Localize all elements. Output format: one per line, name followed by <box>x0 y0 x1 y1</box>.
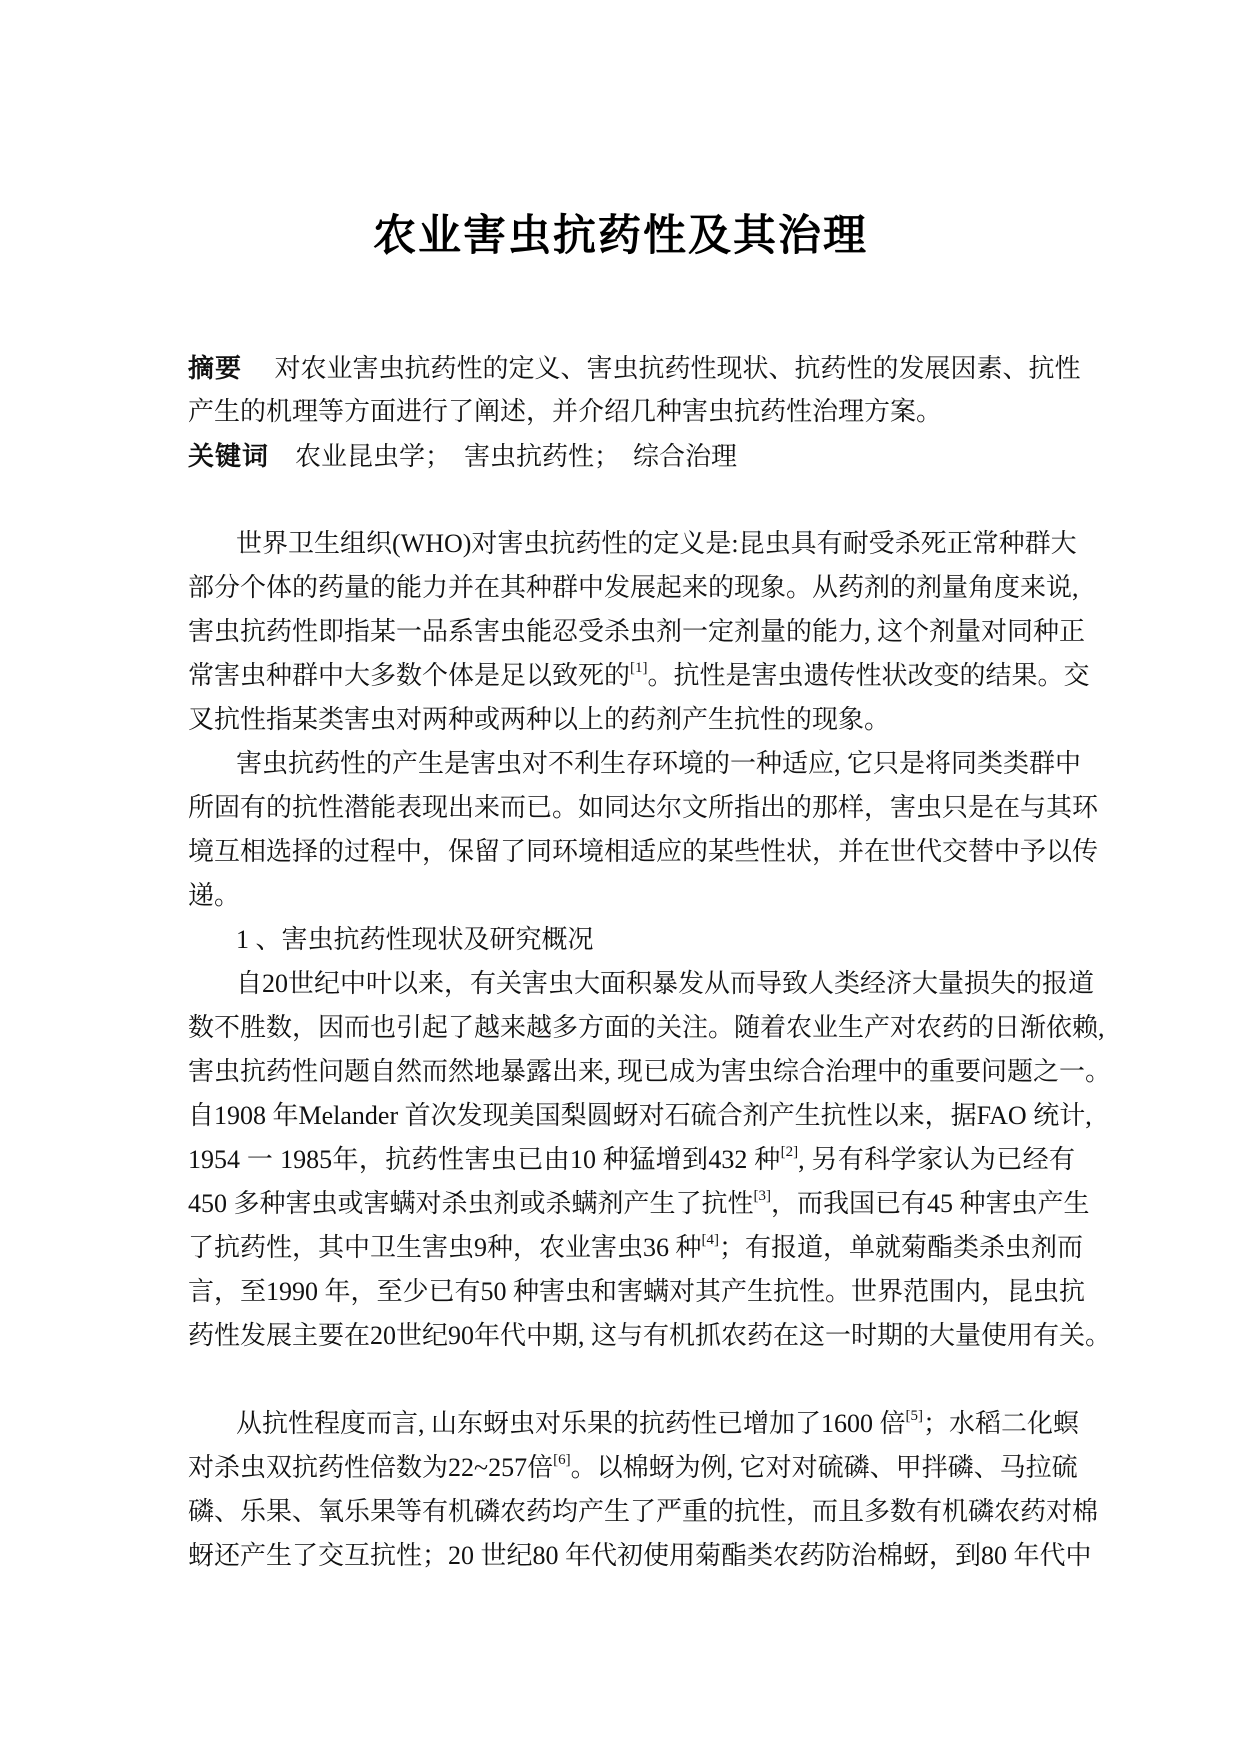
body-text: 450 多种害虫或害螨对杀虫剂或杀螨剂产生了抗性 <box>188 1189 754 1218</box>
section-heading-1: 1 、害虫抗药性现状及研究概况 <box>188 918 1075 962</box>
para3-line-9: 药性发展主要在20世纪90年代中期, 这与有机抓农药在这一时期的大量使用有关。 <box>188 1314 1075 1358</box>
body-text: 1954 一 1985年，抗药性害虫已由10 种猛增到432 种 <box>188 1145 781 1174</box>
body-text: 常害虫种群中大多数个体是足以致死的 <box>188 661 630 690</box>
keywords-label: 关键词 <box>188 441 269 471</box>
body-text: , 另有科学家认为已经有 <box>798 1145 1075 1174</box>
para2-line-1: 害虫抗药性的产生是害虫对不利生存环境的一种适应, 它只是将同类类群中 <box>188 742 1075 786</box>
abstract-text-2: 产生的机理等方面进行了阐述，并介绍几种害虫抗药性治理方案。 <box>188 397 942 426</box>
para4-line-1: 从抗性程度而言, 山东蚜虫对乐果的抗药性已增加了1600 倍[5]；水稻二化螟 <box>188 1402 1075 1446</box>
body-text: 害虫抗药性即指某一品系害虫能忍受杀虫剂一定剂量的能力, 这个剂量对同种正 <box>188 617 1085 646</box>
para3-line-2: 数不胜数，因而也引起了越来越多方面的关注。随着农业生产对农药的日渐依赖, <box>188 1006 1075 1050</box>
body-text: 所固有的抗性潜能表现出来而已。如同达尔文所指出的那样，害虫只是在与其环 <box>188 793 1098 822</box>
para3-line-5: 1954 一 1985年，抗药性害虫已由10 种猛增到432 种[2], 另有科… <box>188 1138 1075 1182</box>
abstract-line-2: 产生的机理等方面进行了阐述，并介绍几种害虫抗药性治理方案。 <box>188 390 1075 434</box>
para2-line-4: 递。 <box>188 874 1075 918</box>
body-text: 。以棉蚜为例, 它对对硫磷、甲拌磷、马拉硫 <box>571 1453 1078 1482</box>
document-body: 摘要 对农业害虫抗药性的定义、害虫抗药性现状、抗药性的发展因素、抗性产生的机理等… <box>188 346 1075 1578</box>
para4-line-3: 磷、乐果、氧乐果等有机磷农药均产生了严重的抗性，而且多数有机磷农药对棉 <box>188 1490 1075 1534</box>
heading-text: 1 、害虫抗药性现状及研究概况 <box>236 925 594 954</box>
body-text: 言，至1990 年，至少已有50 种害虫和害螨对其产生抗性。世界范围内，昆虫抗 <box>188 1277 1085 1306</box>
body-text: ；水稻二化螟 <box>923 1409 1079 1438</box>
body-text: 。抗性是害虫遗传性状改变的结果。交 <box>648 661 1090 690</box>
body-text: 叉抗性指某类害虫对两种或两种以上的药剂产生抗性的现象。 <box>188 705 890 734</box>
body-text: 蚜还产生了交互抗性；20 世纪80 年代初使用菊酯类农药防治棉蚜，到80 年代中 <box>188 1541 1092 1570</box>
body-text: 害虫抗药性问题自然而然地暴露出来, 现已成为害虫综合治理中的重要问题之一。 <box>188 1057 1111 1086</box>
body-text: 从抗性程度而言, 山东蚜虫对乐果的抗药性已增加了1600 倍 <box>236 1409 906 1438</box>
body-text: 自20世纪中叶以来，有关害虫大面积暴发从而导致人类经济大量损失的报道 <box>236 969 1094 998</box>
para1-line-5: 叉抗性指某类害虫对两种或两种以上的药剂产生抗性的现象。 <box>188 698 1075 742</box>
label-gap <box>269 442 295 471</box>
para1-line-1: 世界卫生组织(WHO)对害虫抗药性的定义是:昆虫具有耐受杀死正常种群大 <box>188 522 1075 566</box>
para2-line-3: 境互相选择的过程中，保留了同环境相适应的某些性状，并在世代交替中予以传 <box>188 830 1075 874</box>
ref-6: [6] <box>553 1452 571 1468</box>
para1-line-4: 常害虫种群中大多数个体是足以致死的[1]。抗性是害虫遗传性状改变的结果。交 <box>188 654 1075 698</box>
para3-line-8: 言，至1990 年，至少已有50 种害虫和害螨对其产生抗性。世界范围内，昆虫抗 <box>188 1270 1075 1314</box>
keywords-line: 关键词 农业昆虫学； 害虫抗药性； 综合治理 <box>188 434 1075 478</box>
body-text: 药性发展主要在20世纪90年代中期, 这与有机抓农药在这一时期的大量使用有关。 <box>188 1321 1111 1350</box>
para3-line-7: 了抗药性，其中卫生害虫9种，农业害虫36 种[4]；有报道，单就菊酯类杀虫剂而 <box>188 1226 1075 1270</box>
body-text: ，而我国已有45 种害虫产生 <box>771 1189 1090 1218</box>
ref-1: [1] <box>630 660 648 676</box>
ref-2: [2] <box>781 1144 799 1160</box>
abstract-line-1: 摘要 对农业害虫抗药性的定义、害虫抗药性现状、抗药性的发展因素、抗性 <box>188 346 1075 390</box>
body-text: ；有报道，单就菊酯类杀虫剂而 <box>719 1233 1083 1262</box>
para1-line-3: 害虫抗药性即指某一品系害虫能忍受杀虫剂一定剂量的能力, 这个剂量对同种正 <box>188 610 1075 654</box>
para4-line-4: 蚜还产生了交互抗性；20 世纪80 年代初使用菊酯类农药防治棉蚜，到80 年代中 <box>188 1534 1075 1578</box>
para1-line-2: 部分个体的药量的能力并在其种群中发展起来的现象。从药剂的剂量角度来说, <box>188 566 1075 610</box>
body-text: 部分个体的药量的能力并在其种群中发展起来的现象。从药剂的剂量角度来说, <box>188 573 1079 602</box>
para2-line-2: 所固有的抗性潜能表现出来而已。如同达尔文所指出的那样，害虫只是在与其环 <box>188 786 1075 830</box>
para4-line-2: 对杀虫双抗药性倍数为22~257倍[6]。以棉蚜为例, 它对对硫磷、甲拌磷、马拉… <box>188 1446 1075 1490</box>
para3-line-1: 自20世纪中叶以来，有关害虫大面积暴发从而导致人类经济大量损失的报道 <box>188 962 1075 1006</box>
para3-line-6: 450 多种害虫或害螨对杀虫剂或杀螨剂产生了抗性[3]，而我国已有45 种害虫产… <box>188 1182 1075 1226</box>
abstract-text-1: 对农业害虫抗药性的定义、害虫抗药性现状、抗药性的发展因素、抗性 <box>275 354 1081 383</box>
body-text: 害虫抗药性的产生是害虫对不利生存环境的一种适应, 它只是将同类类群中 <box>236 749 1081 778</box>
body-text: 自1908 年Melander 首次发现美国梨圆蚜对石硫合剂产生抗性以来，据FA… <box>188 1101 1092 1130</box>
label-gap <box>242 354 275 383</box>
body-text: 递。 <box>188 881 240 910</box>
document-title: 农业害虫抗药性及其治理 <box>0 0 1241 264</box>
body-text: 世界卫生组织(WHO)对害虫抗药性的定义是:昆虫具有耐受杀死正常种群大 <box>236 529 1077 558</box>
ref-3: [3] <box>754 1188 772 1204</box>
body-text: 了抗药性，其中卫生害虫9种，农业害虫36 种 <box>188 1233 702 1262</box>
keywords-text: 农业昆虫学； 害虫抗药性； 综合治理 <box>295 442 737 471</box>
ref-5: [5] <box>906 1408 924 1424</box>
body-text: 境互相选择的过程中，保留了同环境相适应的某些性状，并在世代交替中予以传 <box>188 837 1098 866</box>
body-text: 数不胜数，因而也引起了越来越多方面的关注。随着农业生产对农药的日渐依赖, <box>188 1013 1105 1042</box>
document-page: 农业害虫抗药性及其治理 摘要 对农业害虫抗药性的定义、害虫抗药性现状、抗药性的发… <box>0 0 1241 1754</box>
para3-line-4: 自1908 年Melander 首次发现美国梨圆蚜对石硫合剂产生抗性以来，据FA… <box>188 1094 1075 1138</box>
para3-line-3: 害虫抗药性问题自然而然地暴露出来, 现已成为害虫综合治理中的重要问题之一。 <box>188 1050 1075 1094</box>
ref-4: [4] <box>702 1232 720 1248</box>
blank-line <box>188 1358 1075 1402</box>
body-text: 对杀虫双抗药性倍数为22~257倍 <box>188 1453 553 1482</box>
blank-line <box>188 478 1075 522</box>
body-text: 磷、乐果、氧乐果等有机磷农药均产生了严重的抗性，而且多数有机磷农药对棉 <box>188 1497 1098 1526</box>
abstract-label: 摘要 <box>188 353 242 383</box>
